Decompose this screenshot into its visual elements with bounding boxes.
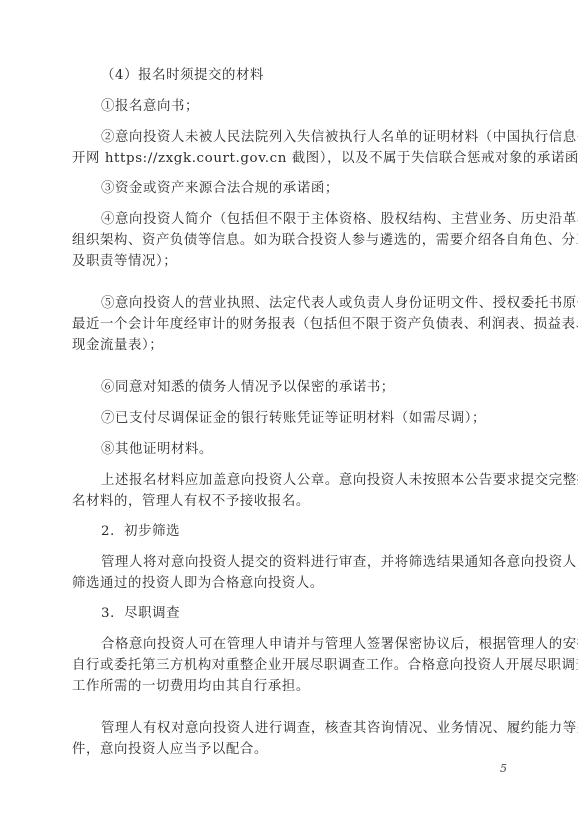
list-item-5-line-3: 现金流量表）； (72, 338, 508, 354)
body-paragraph-line-1: 上述报名材料应加盖意向投资人公章。意向投资人未按照本公告要求提交完整报 (101, 473, 508, 489)
list-item-3: ③资金或资产来源合法合规的承诺函； (101, 181, 508, 197)
body-paragraph-line-2: 件，意向投资人应当予以配合。 (72, 742, 508, 758)
section-heading-2: 2．初步筛选 (101, 524, 508, 540)
page-number: 5 (500, 762, 507, 775)
list-item-4-line-3: 及职责等情况）； (72, 254, 508, 270)
list-item-7: ⑦已支付尽调保证金的银行转账凭证等证明材料（如需尽调）； (101, 411, 508, 427)
list-item-4-line-1: ④意向投资人简介（包括但不限于主体资格、股权结构、主营业务、历史沿革、 (101, 212, 508, 228)
list-item-5-line-2: 最近一个会计年度经审计的财务报表（包括但不限于资产负债表、利润表、损益表、 (72, 317, 508, 333)
list-item-2-line-2: 开网 https://zxgk.court.gov.cn 截图），以及不属于失信… (72, 151, 508, 167)
list-item-5-line-1: ⑤意向投资人的营业执照、法定代表人或负责人身份证明文件、授权委托书原件、 (101, 296, 508, 312)
body-paragraph-line-2: 名材料的，管理人有权不予接收报名。 (72, 494, 508, 510)
body-paragraph-line-1: 管理人将对意向投资人提交的资料进行审查，并将筛选结果通知各意向投资人， (101, 555, 508, 571)
body-paragraph-line-1: 合格意向投资人可在管理人申请并与管理人签署保密协议后，根据管理人的安排， (101, 637, 508, 653)
body-paragraph-line-1: 管理人有权对意向投资人进行调查，核查其咨询情况、业务情况、履约能力等条 (101, 721, 508, 737)
body-paragraph-line-3: 工作所需的一切费用均由其自行承担。 (72, 679, 508, 695)
list-item-2-line-1: ②意向投资人未被人民法院列入失信被执行人名单的证明材料（中国执行信息公 (101, 130, 508, 146)
list-item-4-line-2: 组织架构、资产负债等信息。如为联合投资人参与遴选的，需要介绍各自角色、分工 (72, 233, 508, 249)
body-paragraph-line-2: 自行或委托第三方机构对重整企业开展尽职调查工作。合格意向投资人开展尽职调查 (72, 658, 508, 674)
body-paragraph-line-2: 筛选通过的投资人即为合格意向投资人。 (72, 576, 508, 592)
list-item-8: ⑧其他证明材料。 (101, 442, 508, 458)
section-heading-3: 3．尽职调查 (101, 606, 508, 622)
list-item-6: ⑥同意对知悉的债务人情况予以保密的承诺书； (101, 380, 508, 396)
list-item-1: ①报名意向书； (101, 99, 508, 115)
document-page: （4）报名时须提交的材料 ①报名意向书； ②意向投资人未被人民法院列入失信被执行… (0, 0, 578, 819)
section-heading: （4）报名时须提交的材料 (101, 68, 508, 84)
